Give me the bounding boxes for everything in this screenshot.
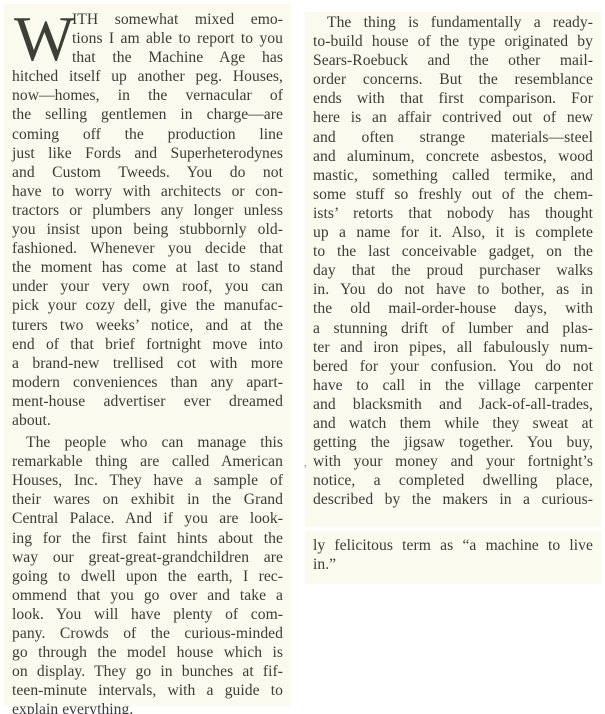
text-line: to-build house of the type originated by (313, 32, 593, 51)
text-line: the selling gentlemen in charge—are (12, 105, 283, 124)
text-line: ists’ retorts that nobody has thought (313, 204, 593, 223)
text-line: a brand-new trellised cot with more (12, 354, 283, 373)
text-line: day that the proud purchaser walks (313, 261, 593, 280)
text-line: on display. They go in bunches at fif- (12, 662, 283, 681)
drop-cap-letter: W (14, 10, 74, 68)
text-line: mastic, something called termike, and (313, 166, 593, 185)
text-line: bered for your confusion. You do not (313, 357, 593, 376)
text-line: their wares on exhibit in the Grand (12, 490, 283, 509)
text-line: order concerns. But the resemblance (313, 70, 593, 89)
text-line: coming off the production line (12, 125, 283, 144)
text-line: Central Palace. And if you are look- (12, 509, 283, 528)
text-line: have to worry with architects or con- (12, 182, 283, 201)
right-column: The thing is fundamentally a ready- to-b… (305, 12, 601, 527)
text-line: Sears-Roebuck and the other mail- (313, 51, 593, 70)
text-line: pick your cozy dell, give the manufac- (12, 296, 283, 315)
text-line: and Custom Tweeds. You do not (12, 163, 283, 182)
paragraph-2: The people who can manage this remarkabl… (12, 433, 283, 714)
stray-scan-mark: , (304, 458, 307, 469)
text-line: teen-minute intervals, with a guide to (12, 681, 283, 700)
text-line: up a name for it. Also, it is complete (313, 223, 593, 242)
text-line: and often strange materials—steel (313, 128, 593, 147)
text-line: with your money and your fortnight’s (313, 452, 593, 471)
text-line: now—homes, in the vernacular of (12, 86, 283, 105)
text-line: the moment has come at last to stand (12, 258, 283, 277)
text-line: tractors or plumbers any longer unless (12, 201, 283, 220)
text-line: fashioned. Whenever you decide that (12, 239, 283, 258)
text-line: ommend that you go over and take a (12, 586, 283, 605)
text-line: a stunning drift of lumber and plas- (313, 319, 593, 338)
text-line: going to dwell upon the earth, I rec- (12, 567, 283, 586)
text-line: ment-house advertiser ever dreamed (12, 392, 283, 411)
text-line: way our great-great-grandchildren are (12, 548, 283, 567)
text-line: modern conveniences than any apart- (12, 373, 283, 392)
text-line: explain everything. (12, 700, 283, 714)
text-line: go through the model house which is (12, 643, 283, 662)
text-line: getting the jigsaw together. You buy, (313, 433, 593, 452)
text-line: ing for the first faint hints about the (12, 529, 283, 548)
text-line: look. You will have plenty of com- (12, 605, 283, 624)
text-line: The people who can manage this (12, 433, 283, 452)
text-line: notice, a completed dwelling place, (313, 471, 593, 490)
paragraph-1: W ITH somewhat mixed emo- tions I am abl… (12, 10, 283, 430)
text-line: under your very own roof, you can (12, 277, 283, 296)
text-line: just like Fords and Superheterodynes (12, 144, 283, 163)
text-line: the old mail-order-house days, with (313, 299, 593, 318)
text-line: and blacksmith and Jack-of-all-trades, (313, 395, 593, 414)
text-line: some stuff so freshly out of the chem- (313, 185, 593, 204)
text-line: have to call in the village carpenter (313, 376, 593, 395)
text-line: to the last conceivable gadget, on the (313, 242, 593, 261)
text-line: and aluminum, concrete asbestos, wood (313, 147, 593, 166)
text-line: remarkable thing are called American (12, 452, 283, 471)
text-line: The thing is fundamentally a ready- (313, 13, 593, 32)
text-line: ter and iron pipes, all fabulously num- (313, 338, 593, 357)
text-line: turers two weeks’ notice, and at the (12, 316, 283, 335)
text-line: ly felicitous term as “a machine to live (313, 536, 593, 555)
text-line: end of that brief fortnight move into (12, 335, 283, 354)
paragraph-3: The thing is fundamentally a ready- to-b… (313, 13, 593, 509)
text-line: here is an affair contrived out of new (313, 108, 593, 127)
text-line: ends with that first comparison. For (313, 89, 593, 108)
text-line: pany. Crowds of the curious-minded (12, 624, 283, 643)
text-line: in. You do not have to bother, as in (313, 280, 593, 299)
text-line: Houses, Inc. They have a sample of (12, 471, 283, 490)
text-line: about. (12, 411, 283, 430)
left-column: W ITH somewhat mixed emo- tions I am abl… (4, 4, 291, 706)
text-line: described by the makers in a curious- (313, 490, 593, 509)
text-line: you insist upon being stubbornly old- (12, 220, 283, 239)
text-line: in.” (313, 555, 593, 574)
text-line: and watch them while they sweat at (313, 414, 593, 433)
right-column-continuation: ly felicitous term as “a machine to live… (305, 531, 601, 584)
